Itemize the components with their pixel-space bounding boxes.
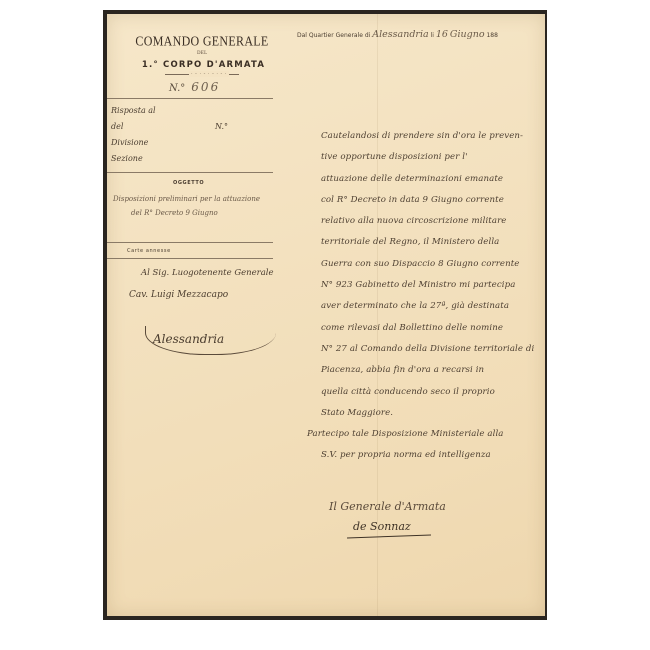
addressee-line-1: Al Sig. Luogotenente Generale (141, 268, 274, 278)
body-line: attuazione delle determinazioni emanate (321, 169, 546, 190)
addressee-city: Alessandria (153, 332, 224, 346)
dateline-prefix: Dal Quartier Generale di (297, 32, 370, 39)
body-line: col R° Decreto in data 9 Giugno corrente (321, 190, 546, 211)
protocol-number: N.°606 (169, 80, 220, 94)
dateline: Dal Quartier Generale di Alessandria li … (297, 29, 498, 40)
protocol-number-value: 606 (191, 80, 220, 94)
dateline-li: li (431, 32, 434, 39)
body-line: tive opportune disposizioni per l' (321, 147, 546, 168)
letterhead-corps: 1.° CORPO D'ARMATA (121, 60, 286, 70)
dateline-month: Giugno (450, 29, 485, 40)
body-line: aver determinato che la 27ª, già destina… (321, 296, 546, 317)
divider (107, 172, 273, 173)
divider (107, 258, 273, 259)
body-line: Cautelandosi di prendere sin d'ora le pr… (321, 126, 546, 147)
body-line: N° 27 al Comando della Divisione territo… (321, 339, 546, 360)
body-line: N° 923 Gabinetto del Ministro mi parteci… (321, 275, 546, 296)
protocol-number-label: N.° (169, 83, 185, 94)
n-label: N.° (215, 122, 228, 131)
dateline-day: 16 (436, 29, 448, 40)
divider (107, 242, 273, 243)
letter-page: COMANDO GENERALE DEL 1.° CORPO D'ARMATA … (107, 14, 545, 616)
letterhead-del: DEL (127, 51, 277, 56)
body-line: Guerra con suo Dispaccio 8 Giugno corren… (321, 254, 546, 275)
carte-annesse-label: Carte annesse (127, 248, 171, 254)
divider (107, 98, 273, 99)
body-line: S.V. per propria norma ed intelligenza (321, 445, 546, 466)
del-label: del (111, 122, 123, 131)
dateline-place: Alessandria (372, 29, 428, 40)
divisione-label: Divisione (111, 138, 148, 147)
oggetto-text: Disposizioni preliminari per la attuazio… (113, 192, 260, 220)
body-line: come rilevasi dal Bollettino delle nomin… (321, 318, 546, 339)
body-line: Stato Maggiore. (321, 403, 546, 424)
body-line: Partecipo tale Disposizione Ministeriale… (307, 424, 546, 445)
body-line: territoriale del Regno, il Ministero del… (321, 232, 546, 253)
oggetto-label: OGGETTO (173, 180, 204, 186)
dateline-year: 188 (486, 32, 497, 39)
risposta-label: Risposta al (111, 106, 156, 115)
body-line: relativo alla nuova circoscrizione milit… (321, 211, 546, 232)
body-line: Piacenza, abbia fin d'ora a recarsi in (321, 360, 546, 381)
addressee-line-2: Cav. Luigi Mezzacapo (129, 290, 228, 300)
signature-underline (347, 535, 431, 539)
oggetto-line: Disposizioni preliminari per la attuazio… (113, 192, 260, 206)
letterhead-title: COMANDO GENERALE (127, 33, 277, 50)
signature-title: Il Generale d'Armata (329, 500, 446, 513)
signature-name: de Sonnaz (353, 520, 411, 533)
body-line: quella città conducendo seco il proprio (321, 382, 546, 403)
ornament-dots: · - · - · - · - · (189, 71, 229, 77)
oggetto-line: del R° Decreto 9 Giugno (131, 206, 260, 220)
sezione-label: Sezione (111, 154, 143, 163)
letter-body: Cautelandosi di prendere sin d'ora le pr… (321, 126, 546, 467)
